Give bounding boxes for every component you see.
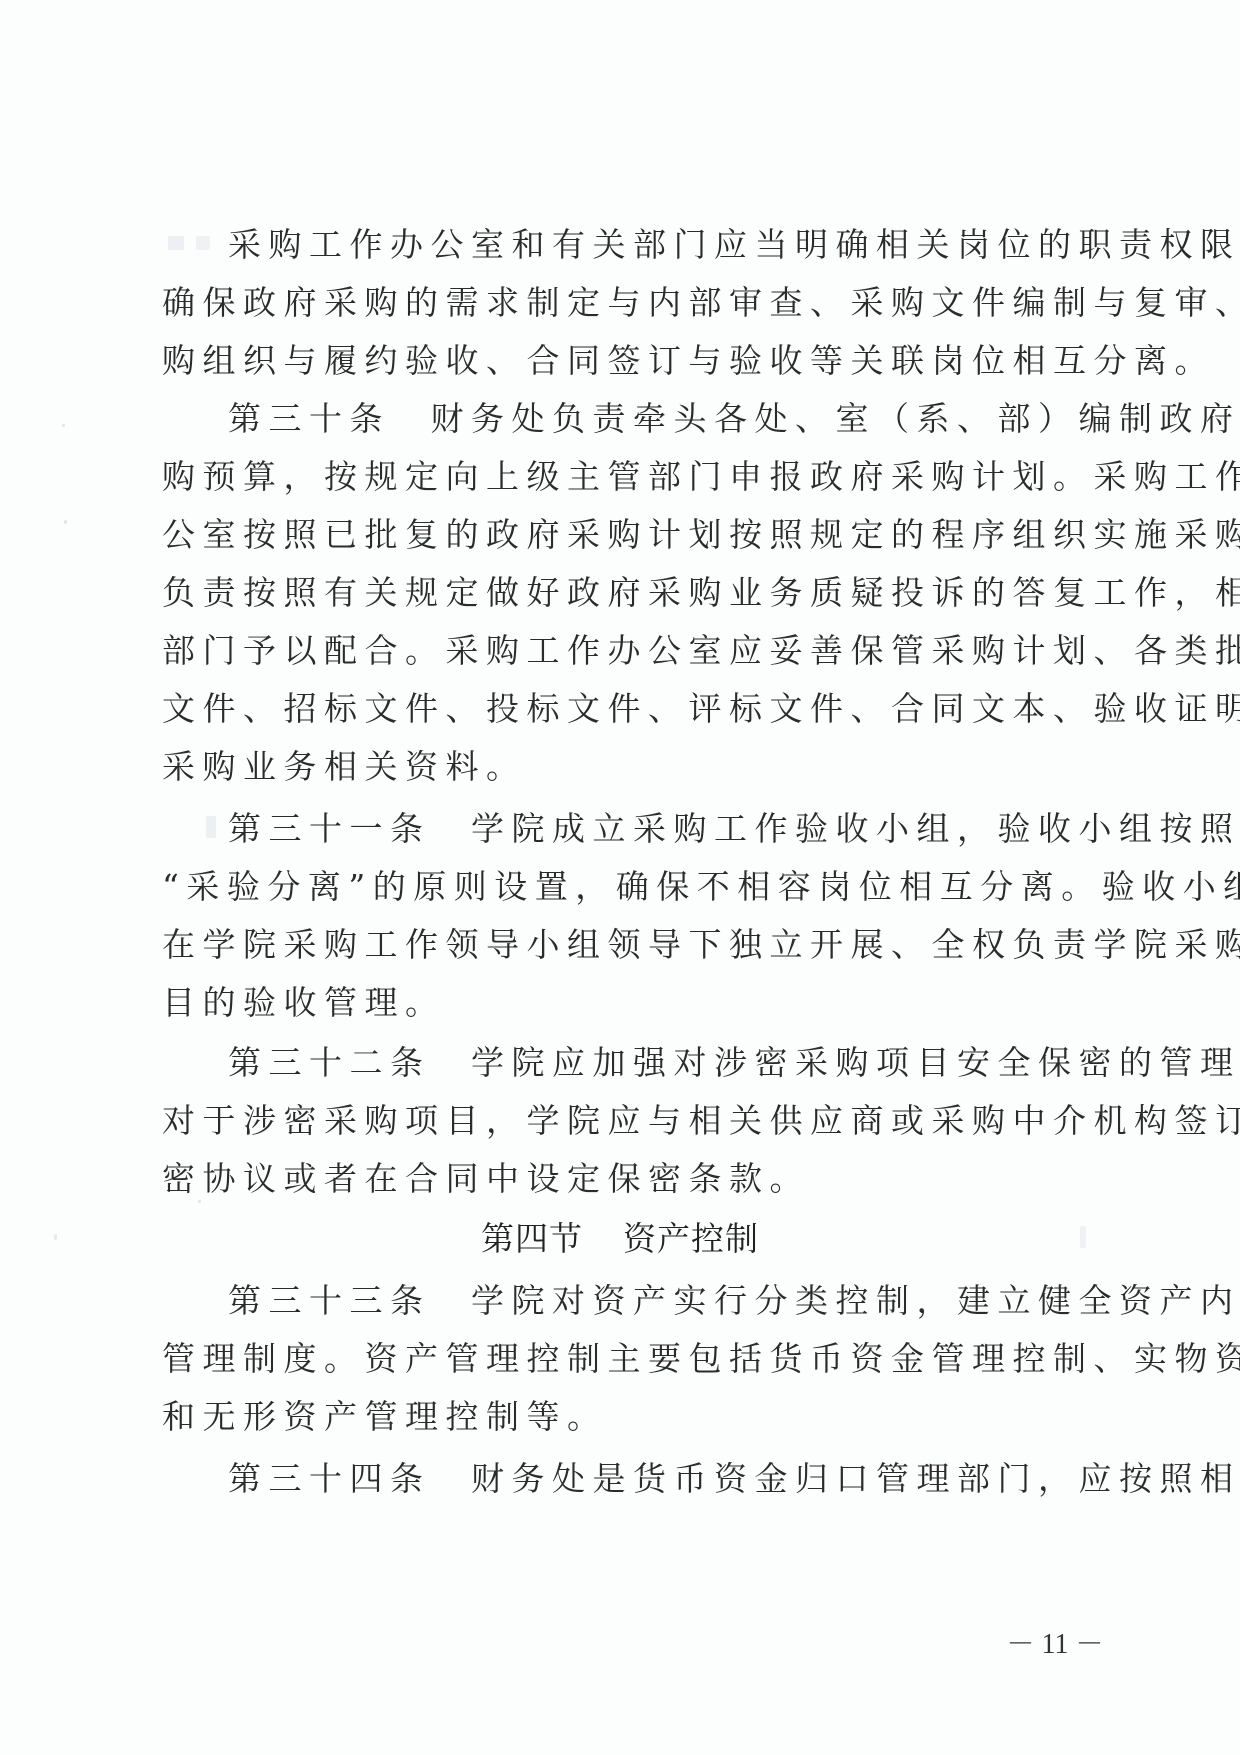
scan-artifact <box>62 424 65 427</box>
article-32-line: 第三十二条 学院应加强对涉密采购项目安全保密的管理。 <box>228 1034 1092 1092</box>
scan-artifact <box>64 520 67 524</box>
text-line: 确保政府采购的需求制定与内部审查、采购文件编制与复审、采 <box>162 274 1092 332</box>
article-31-line: 第三十一条 学院成立采购工作验收小组，验收小组按照 <box>228 800 1092 858</box>
text-line: 对于涉密采购项目，学院应与相关供应商或采购中介机构签订保 <box>162 1092 1092 1150</box>
text-line: 购预算，按规定向上级主管部门申报政府采购计划。采购工作办 <box>162 448 1092 506</box>
text-line: 目的验收管理。 <box>162 974 1092 1032</box>
scan-artifact <box>168 236 184 250</box>
scan-artifact <box>1080 1226 1086 1248</box>
article-30-line: 第三十条 财务处负责牵头各处、室（系、部）编制政府采 <box>228 390 1092 448</box>
scan-artifact <box>198 1200 201 1203</box>
text-line: 采购业务相关资料。 <box>162 738 1092 796</box>
text-line: 采购工作办公室和有关部门应当明确相关岗位的职责权限， <box>228 216 1092 274</box>
text-line: 文件、招标文件、投标文件、评标文件、合同文本、验收证明等 <box>162 680 1092 738</box>
article-33-line: 第三十三条 学院对资产实行分类控制，建立健全资产内部 <box>228 1272 1092 1330</box>
scan-artifact <box>206 816 216 838</box>
text-line: 负责按照有关规定做好政府采购业务质疑投诉的答复工作，相关 <box>162 564 1092 622</box>
text-line: 在学院采购工作领导小组领导下独立开展、全权负责学院采购项 <box>162 916 1092 974</box>
text-line: 部门予以配合。采购工作办公室应妥善保管采购计划、各类批复 <box>162 622 1092 680</box>
text-line: “采验分离”的原则设置，确保不相容岗位相互分离。验收小组 <box>162 858 1092 916</box>
text-line: 购组织与履约验收、合同签订与验收等关联岗位相互分离。 <box>162 332 1092 390</box>
page-number: － 11 － <box>1000 1625 1110 1665</box>
text-line: 和无形资产管理控制等。 <box>162 1388 1092 1446</box>
text-line: 密协议或者在合同中设定保密条款。 <box>162 1150 1092 1208</box>
scan-artifact <box>196 236 210 250</box>
scan-artifact <box>54 1234 57 1240</box>
section-heading: 第四节资产控制 <box>0 1210 1240 1268</box>
section-number: 第四节 <box>481 1219 583 1258</box>
document-page: 采购工作办公室和有关部门应当明确相关岗位的职责权限， 确保政府采购的需求制定与内… <box>0 0 1240 1755</box>
text-line: 公室按照已批复的政府采购计划按照规定的程序组织实施采购， <box>162 506 1092 564</box>
article-34-line: 第三十四条 财务处是货币资金归口管理部门，应按照相关 <box>228 1450 1092 1508</box>
text-line: 管理制度。资产管理控制主要包括货币资金管理控制、实物资产 <box>162 1330 1092 1388</box>
section-title: 资产控制 <box>623 1219 759 1258</box>
